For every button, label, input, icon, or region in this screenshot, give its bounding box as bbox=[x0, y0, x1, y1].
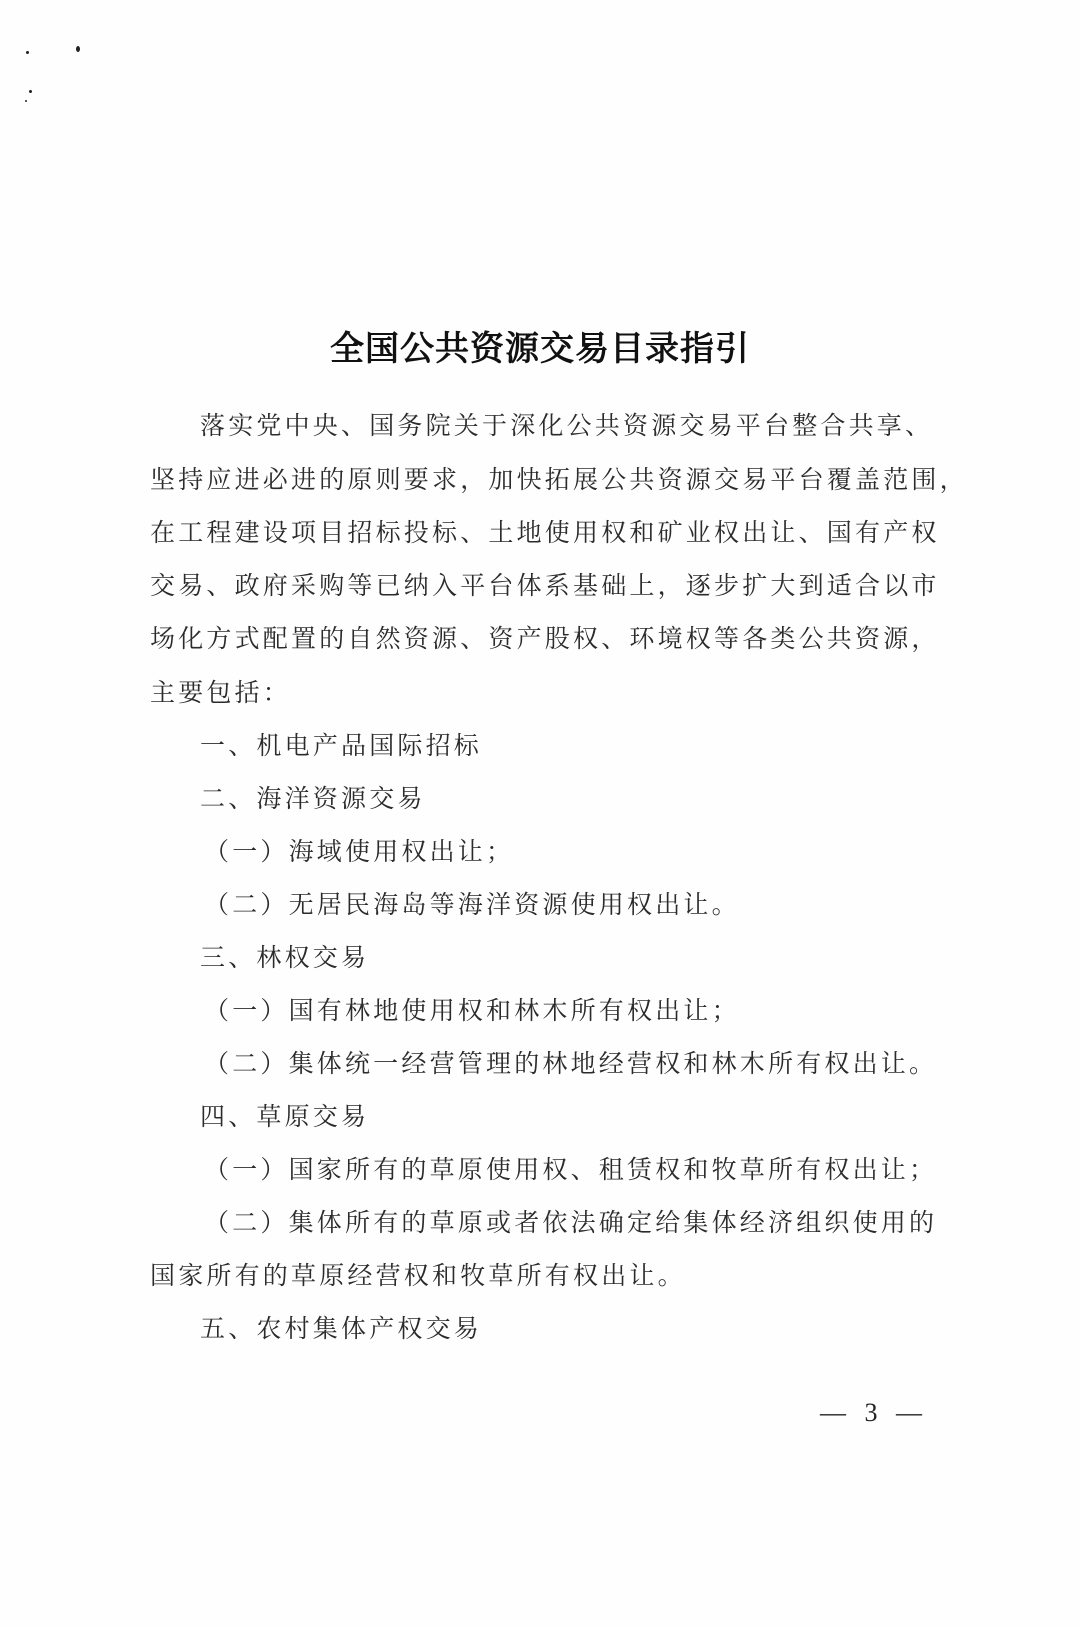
document-body: 落实党中央、国务院关于深化公共资源交易平台整合共享、 坚持应进必进的原则要求，加… bbox=[150, 0, 940, 1626]
section-heading: 五、农村集体产权交易 bbox=[200, 1309, 482, 1345]
intro-line: 在工程建设项目招标投标、土地使用权和矿业权出让、国有产权 bbox=[150, 513, 940, 549]
scan-speck bbox=[76, 46, 80, 52]
section-item: （二）集体统一经营管理的林地经营权和林木所有权出让。 bbox=[204, 1044, 937, 1080]
document-page: 全国公共资源交易目录指引 落实党中央、国务院关于深化公共资源交易平台整合共享、 … bbox=[0, 0, 1080, 1626]
intro-line: 场化方式配置的自然资源、资产股权、环境权等各类公共资源， bbox=[150, 619, 940, 655]
scan-speck bbox=[26, 51, 29, 54]
scan-speck bbox=[25, 100, 27, 102]
section-item: （一）海域使用权出让； bbox=[204, 832, 514, 868]
intro-line: 交易、政府采购等已纳入平台体系基础上，逐步扩大到适合以市 bbox=[150, 566, 940, 602]
section-heading: 四、草原交易 bbox=[200, 1097, 369, 1133]
section-item: （二）集体所有的草原或者依法确定给集体经济组织使用的 bbox=[204, 1203, 937, 1239]
section-item: （一）国有林地使用权和林木所有权出让； bbox=[204, 991, 740, 1027]
section-heading: 一、机电产品国际招标 bbox=[200, 726, 482, 762]
section-item: （一）国家所有的草原使用权、租赁权和牧草所有权出让； bbox=[204, 1150, 937, 1186]
intro-line: 落实党中央、国务院关于深化公共资源交易平台整合共享、 bbox=[200, 406, 933, 442]
section-heading: 三、林权交易 bbox=[200, 938, 369, 974]
intro-line: 坚持应进必进的原则要求，加快拓展公共资源交易平台覆盖范围， bbox=[150, 460, 968, 496]
section-item: （二）无居民海岛等海洋资源使用权出让。 bbox=[204, 885, 740, 921]
section-item-continuation: 国家所有的草原经营权和牧草所有权出让。 bbox=[150, 1256, 686, 1292]
intro-line: 主要包括： bbox=[150, 673, 291, 709]
page-number: — 3 — bbox=[820, 1398, 928, 1428]
scan-speck bbox=[29, 90, 32, 93]
section-heading: 二、海洋资源交易 bbox=[200, 779, 426, 815]
